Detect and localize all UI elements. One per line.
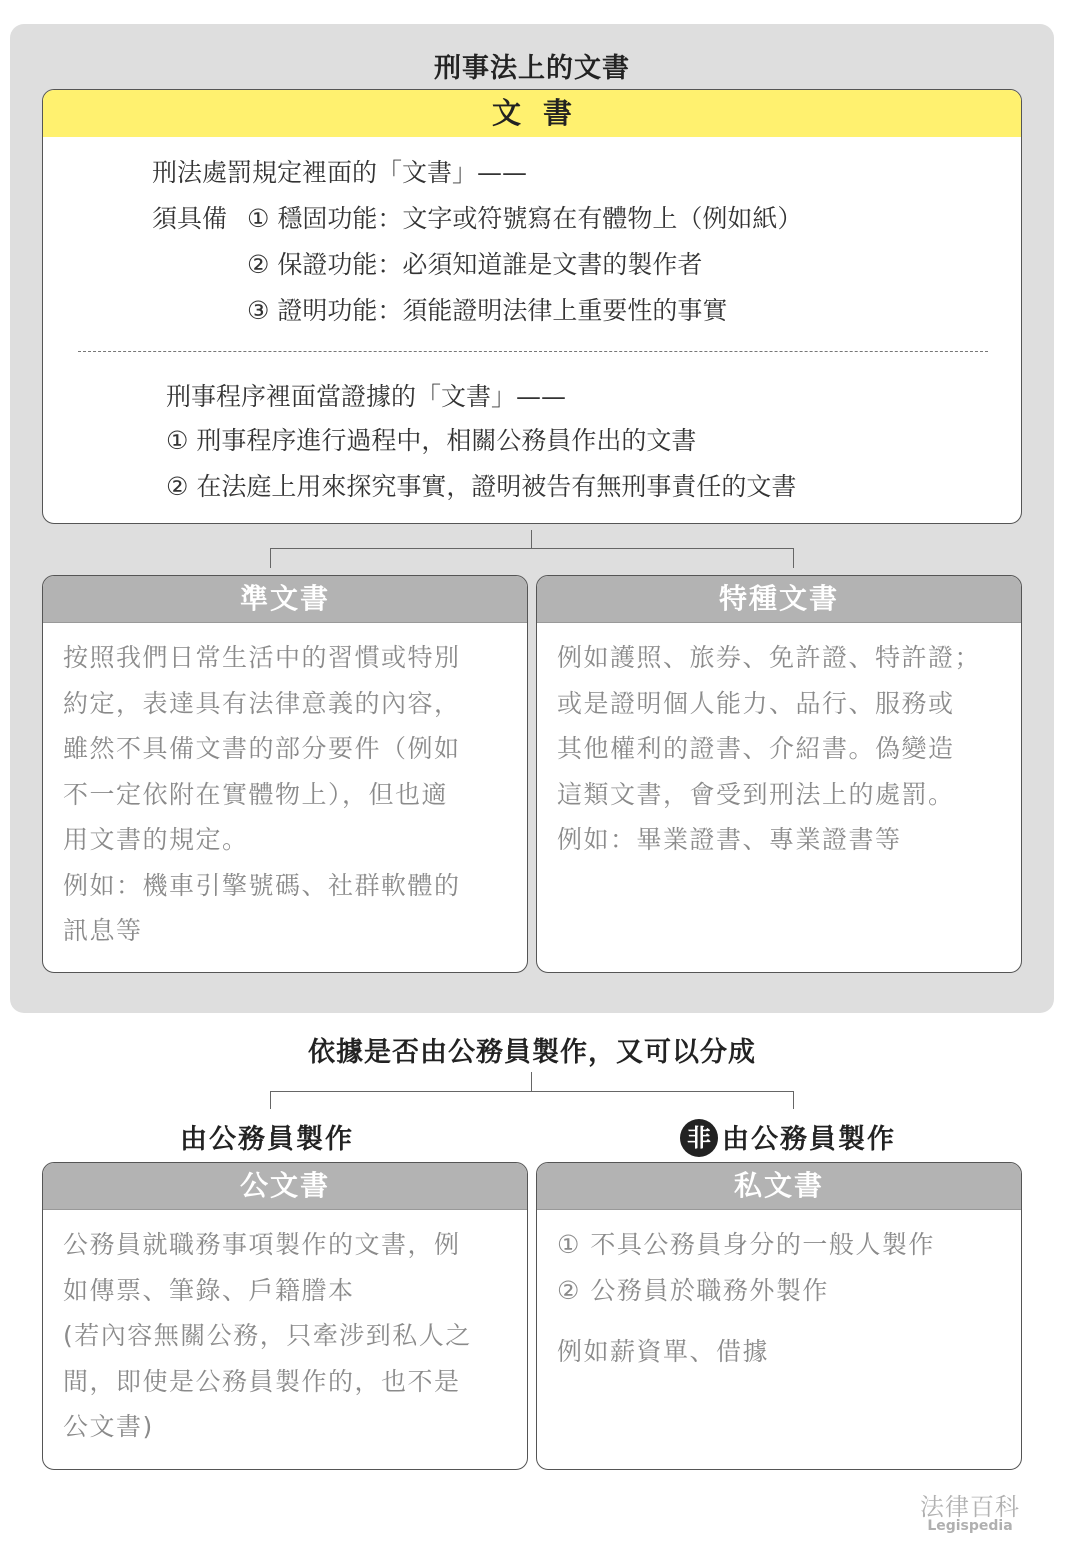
card-line: 公務員就職務事項製作的文書，例 <box>63 1222 509 1268</box>
made-by-official-label: 由公務員製作 <box>180 1117 354 1156</box>
not-made-by-official-text: 由公務員製作 <box>722 1124 896 1155</box>
diagram-title: 刑事法上的文書 <box>10 46 1054 85</box>
procedure-item-2: ② 在法庭上用來探究事實，證明被告有無刑事責任的文書 <box>166 472 796 502</box>
card-line: 用文書的規定。 <box>63 817 509 863</box>
brand-logo-en: Legispedia <box>880 1518 1060 1534</box>
connector-stem <box>531 530 532 548</box>
card-line: 如傳票、筆錄、戶籍謄本 <box>63 1268 509 1314</box>
procedure-item-1: ① 刑事程序進行過程中，相關公務員作出的文書 <box>166 426 696 456</box>
connector-left-drop <box>270 548 271 568</box>
card-title: 私文書 <box>537 1163 1021 1210</box>
card-line: 公文書) <box>63 1404 509 1450</box>
special-document-card: 特種文書 例如護照、旅券、免許證、特許證； 或是證明個人能力、品行、服務或 其他… <box>536 575 1022 973</box>
card-line: (若內容無關公務，只牽涉到私人之 <box>63 1313 509 1359</box>
card-title: 特種文書 <box>537 576 1021 623</box>
not-badge-icon: 非 <box>680 1119 718 1157</box>
card-line: 雖然不具備文書的部分要件（例如 <box>63 726 509 772</box>
classification-title: 依據是否由公務員製作，又可以分成 <box>10 1030 1054 1069</box>
public-document-card: 公文書 公務員就職務事項製作的文書，例 如傳票、筆錄、戶籍謄本 (若內容無關公務… <box>42 1162 528 1470</box>
card-line: 訊息等 <box>63 908 509 954</box>
card-line: ② 公務員於職務外製作 <box>557 1268 1003 1314</box>
connector-right-drop <box>793 548 794 568</box>
function-item-1: ① 穩固功能：文字或符號寫在有體物上（例如紙） <box>247 204 802 234</box>
card-line: 間，即使是公務員製作的，也不是 <box>63 1359 509 1405</box>
requires-prefix: 須具備 <box>152 204 227 234</box>
connector-bar-2 <box>270 1091 794 1092</box>
card-title: 公文書 <box>43 1163 527 1210</box>
card-line: 不一定依附在實體物上），但也適 <box>63 772 509 818</box>
connector-left-drop-2 <box>270 1091 271 1109</box>
connector-stem-2 <box>531 1072 532 1092</box>
private-document-card: 私文書 ① 不具公務員身分的一般人製作 ② 公務員於職務外製作 例如薪資單、借據 <box>536 1162 1022 1470</box>
function-item-2: ② 保證功能：必須知道誰是文書的製作者 <box>247 250 702 280</box>
card-line: 例如護照、旅券、免許證、特許證； <box>557 635 1003 681</box>
dashed-divider <box>78 351 988 352</box>
function-item-3: ③ 證明功能：須能證明法律上重要性的事實 <box>247 296 727 326</box>
connector-bar <box>270 548 794 549</box>
brand-logo-cn: 法律百科 <box>880 1487 1060 1522</box>
card-line: 例如：機車引擎號碼、社群軟體的 <box>63 863 509 909</box>
card-line: 這類文書，會受到刑法上的處罰。 <box>557 772 1003 818</box>
connector-right-drop-2 <box>793 1091 794 1109</box>
not-made-by-official-label: 非由公務員製作 <box>680 1117 896 1160</box>
procedure-intro: 刑事程序裡面當證據的「文書」—— <box>166 382 566 412</box>
quasi-document-card: 準文書 按照我們日常生活中的習慣或特別 約定，表達具有法律意義的內容， 雖然不具… <box>42 575 528 973</box>
card-line: 其他權利的證書、介紹書。偽變造 <box>557 726 1003 772</box>
card-line: 例如：畢業證書、專業證書等 <box>557 817 1003 863</box>
card-line: 約定，表達具有法律意義的內容， <box>63 681 509 727</box>
card-line: 按照我們日常生活中的習慣或特別 <box>63 635 509 681</box>
card-example: 例如薪資單、借據 <box>557 1329 1003 1375</box>
card-title: 準文書 <box>43 576 527 623</box>
document-header: 文書 <box>43 90 1021 137</box>
card-line: ① 不具公務員身分的一般人製作 <box>557 1222 1003 1268</box>
criminal-law-intro: 刑法處罰規定裡面的「文書」—— <box>152 158 527 188</box>
card-line: 或是證明個人能力、品行、服務或 <box>557 681 1003 727</box>
